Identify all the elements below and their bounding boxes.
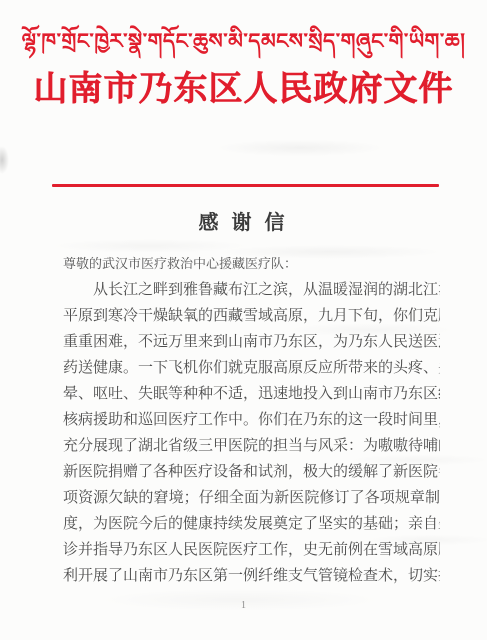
body-line: 新医院捐赠了各种医疗设备和试剂，极大的缓解了新医院各 [63,459,440,485]
agency-letterhead-title: 山南市乃东区人民政府文件 [0,68,487,112]
page-number: 1 [0,600,487,611]
body-line: 药送健康。一下飞机你们就克服高原反应所带来的头疼、头 [63,355,440,381]
body-line: 利开展了山南市乃东区第一例纤维支气管镜检查术，切实提 [63,563,440,589]
body-line: 核病援助和巡回医疗工作中。你们在乃东的这一段时间里， [63,407,440,433]
body-line: 晕、呕吐、失眠等种种不适，迅速地投入到山南市乃东区结 [63,381,440,407]
body-line: 平原到寒冷干燥缺氧的西藏雪域高原，九月下旬，你们克服 [63,303,440,329]
red-divider-rule [52,184,439,187]
body-line: 充分展现了湖北省级三甲医院的担当与风采：为嗷嗷待哺的 [63,433,440,459]
tibetan-letterhead-title: ལྷོ་ཁ་གྲོང་ཁྱེར་སྣེ་གདོང་ཆུས་མི་དམངས་སྲི… [0,24,487,58]
body-line: 从长江之畔到雅鲁藏布江之滨，从温暖湿润的湖北江汉 [63,277,440,303]
salutation-line: 尊敬的武汉市医疗救治中心援藏医疗队： [63,251,440,277]
letter-body: 尊敬的武汉市医疗救治中心援藏医疗队： 从长江之畔到雅鲁藏布江之滨，从温暖湿润的湖… [63,251,440,589]
document-title: 感 谢 信 [0,206,487,235]
scanned-document-page: ལྷོ་ཁ་གྲོང་ཁྱེར་སྣེ་གདོང་ཆུས་མི་དམངས་སྲི… [0,0,487,640]
body-line: 诊并指导乃东区人民医院医疗工作，史无前例在雪域高原顺 [63,537,440,563]
body-line: 重重困难，不远万里来到山南市乃东区，为乃东人民送医送 [63,329,440,355]
body-line: 项资源欠缺的窘境；仔细全面为新医院修订了各项规章制 [63,485,440,511]
body-line: 度，为医院今后的健康持续发展奠定了坚实的基础；亲自坐 [63,511,440,537]
